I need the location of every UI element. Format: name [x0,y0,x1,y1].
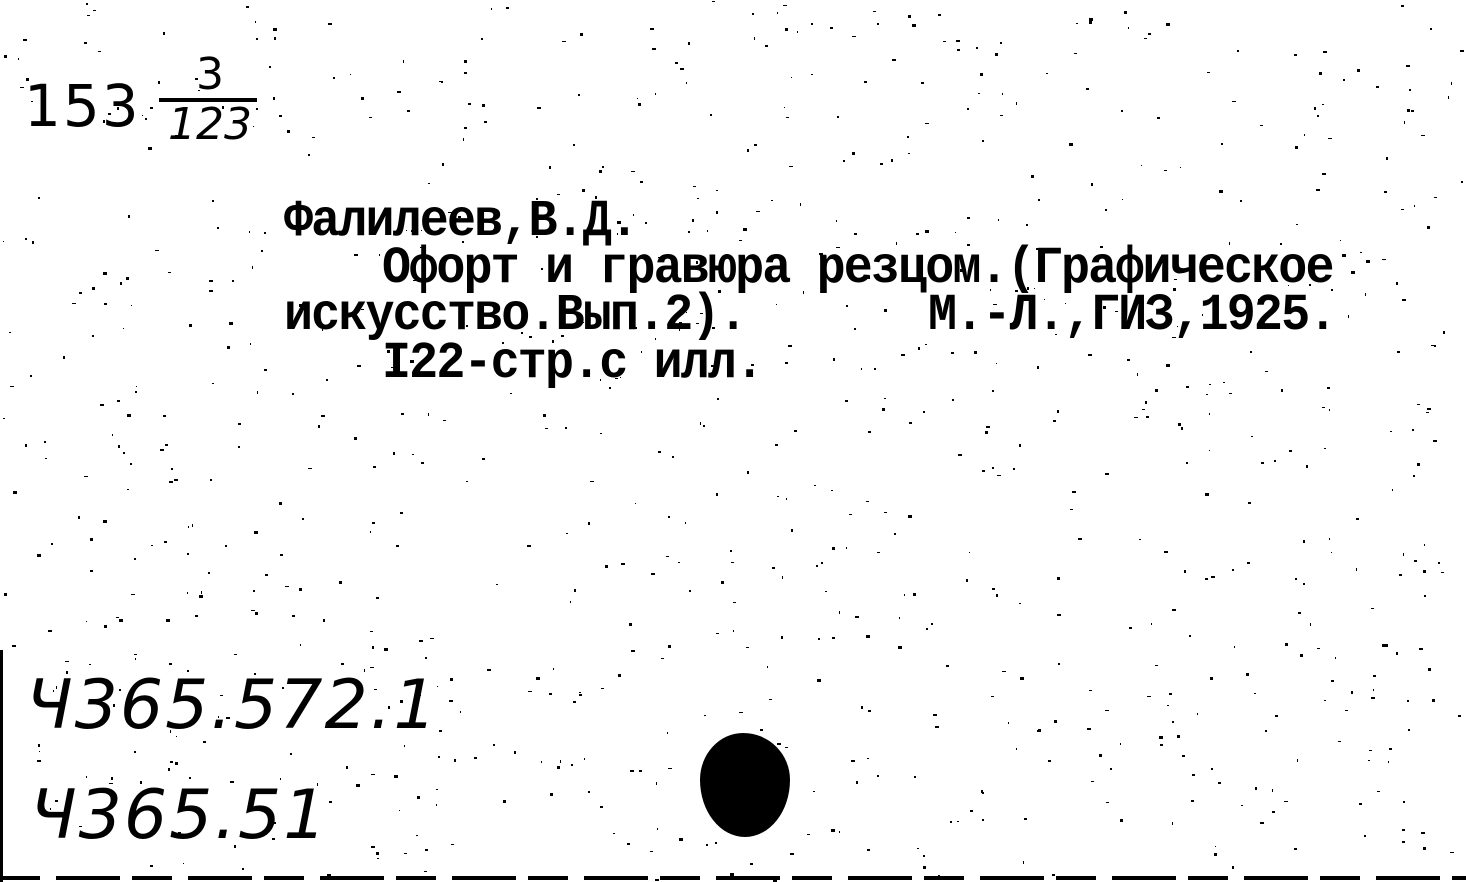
shelf-mark-1: Ч365.572.1 [26,666,439,745]
series-line: искусство.Вып.2). [284,292,746,340]
fraction-denominator: 123 [155,102,265,148]
imprint-line: М.-Л.,ГИЗ,1925. [928,292,1335,340]
call-number-main: 153 [24,72,141,140]
punch-hole-icon [700,733,790,837]
shelf-mark-2: Ч365.51 [30,776,329,855]
pages-line: I22-стр.с илл. [382,340,762,388]
card-left-edge [0,650,3,882]
catalog-card: 153 3 123 Фалилеев,В.Д. Офорт и гравюра … [0,0,1466,882]
card-bottom-edge [0,876,1466,880]
call-number-fraction: 3 123 [155,52,265,148]
fraction-numerator: 3 [155,52,265,98]
